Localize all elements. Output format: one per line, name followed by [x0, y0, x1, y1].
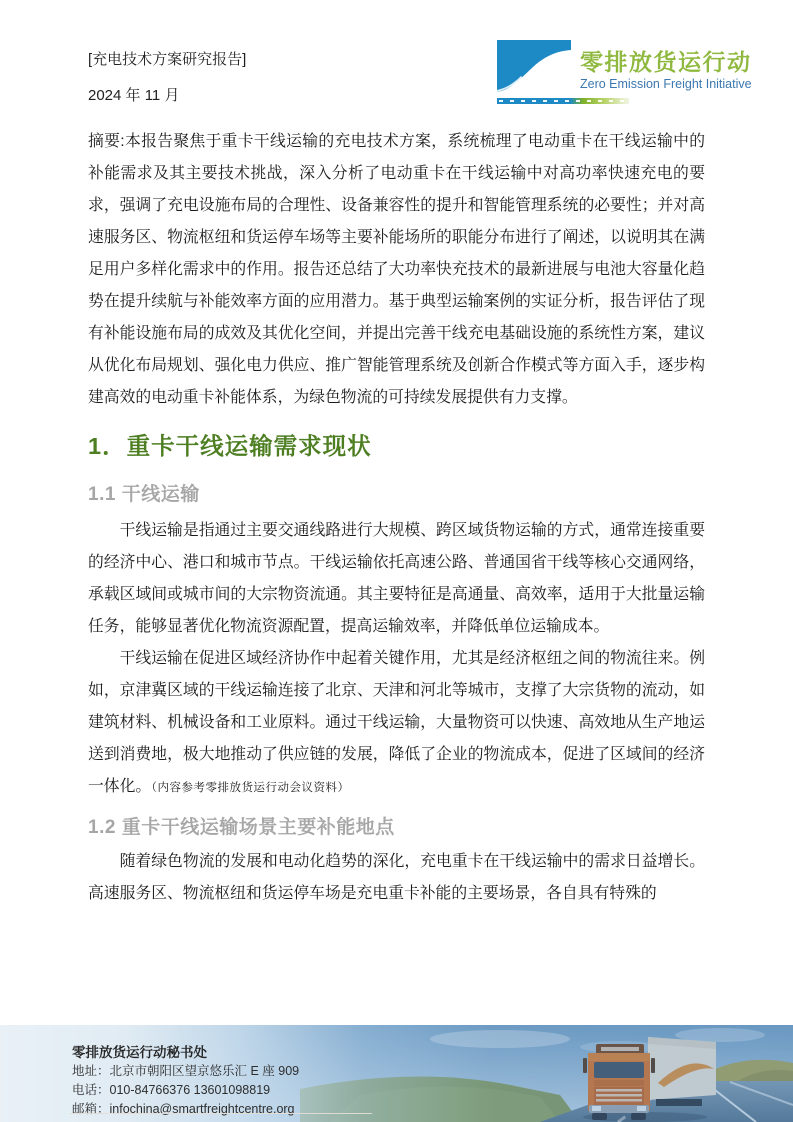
footer-phone-row: 电话：010-84766376 13601098819 — [72, 1081, 299, 1100]
paragraph-trunk-transport-1: 干线运输是指通过主要交通线路进行大规模、跨区域货物运输的方式，通常连接重要的经济… — [88, 515, 705, 643]
document-page: [充电技术方案研究报告] 2024 年 11 月 零排放货运行动 Zero Em… — [0, 0, 793, 1122]
page-footer: 零排放货运行动秘书处 地址：北京市朝阳区望京悠乐汇 E 座 909 电话：010… — [0, 1025, 793, 1122]
footer-org-name: 零排放货运行动秘书处 — [72, 1043, 299, 1062]
logo-text: 零排放货运行动 Zero Emission Freight Initiative — [580, 40, 752, 93]
paragraph-charging-locations: 随着绿色物流的发展和电动化趋势的深化，充电重卡在干线运输中的需求日益增长。高速服… — [88, 846, 705, 910]
reference-note: （内容参考零排放货运行动会议资料） — [151, 782, 349, 794]
footer-address-row: 地址：北京市朝阳区望京悠乐汇 E 座 909 — [72, 1062, 299, 1081]
logo-subtitle-en: Zero Emission Freight Initiative — [580, 76, 752, 93]
footer-email-row: 邮箱：infochina@smartfreightcentre.org — [72, 1100, 299, 1119]
section-heading-1: 1．重卡干线运输需求现状 — [88, 431, 705, 461]
footer-address-label: 地址： — [72, 1064, 110, 1078]
footer-phone-label: 电话： — [72, 1083, 110, 1097]
abstract-paragraph: 摘要:本报告聚焦于重卡干线运输的充电技术方案，系统梳理了电动重卡在干线运输中的补… — [88, 126, 705, 414]
footer-contact-block: 零排放货运行动秘书处 地址：北京市朝阳区望京悠乐汇 E 座 909 电话：010… — [72, 1043, 299, 1119]
logo-gradient-bar — [497, 98, 629, 104]
subsection-heading-1-1: 1.1 干线运输 — [88, 483, 705, 507]
subsection-heading-1-2: 1.2 重卡干线运输场景主要补能地点 — [88, 816, 705, 840]
logo-row: 零排放货运行动 Zero Emission Freight Initiative — [497, 40, 717, 96]
footer-phone-value: 010-84766376 13601098819 — [110, 1083, 271, 1097]
logo-mark-icon — [497, 40, 571, 96]
logo-title-zh: 零排放货运行动 — [580, 48, 752, 76]
footer-divider-line — [70, 1113, 372, 1114]
zefi-logo: 零排放货运行动 Zero Emission Freight Initiative — [497, 40, 717, 104]
footer-address-value: 北京市朝阳区望京悠乐汇 E 座 909 — [110, 1064, 300, 1078]
paragraph-trunk-transport-2: 干线运输在促进区域经济协作中起着关键作用，尤其是经济枢纽之间的物流往来。例如，京… — [88, 643, 705, 804]
paragraph-2-text: 干线运输在促进区域经济协作中起着关键作用，尤其是经济枢纽之间的物流往来。例如，京… — [88, 650, 705, 795]
page-content: [充电技术方案研究报告] 2024 年 11 月 零排放货运行动 Zero Em… — [0, 0, 793, 910]
